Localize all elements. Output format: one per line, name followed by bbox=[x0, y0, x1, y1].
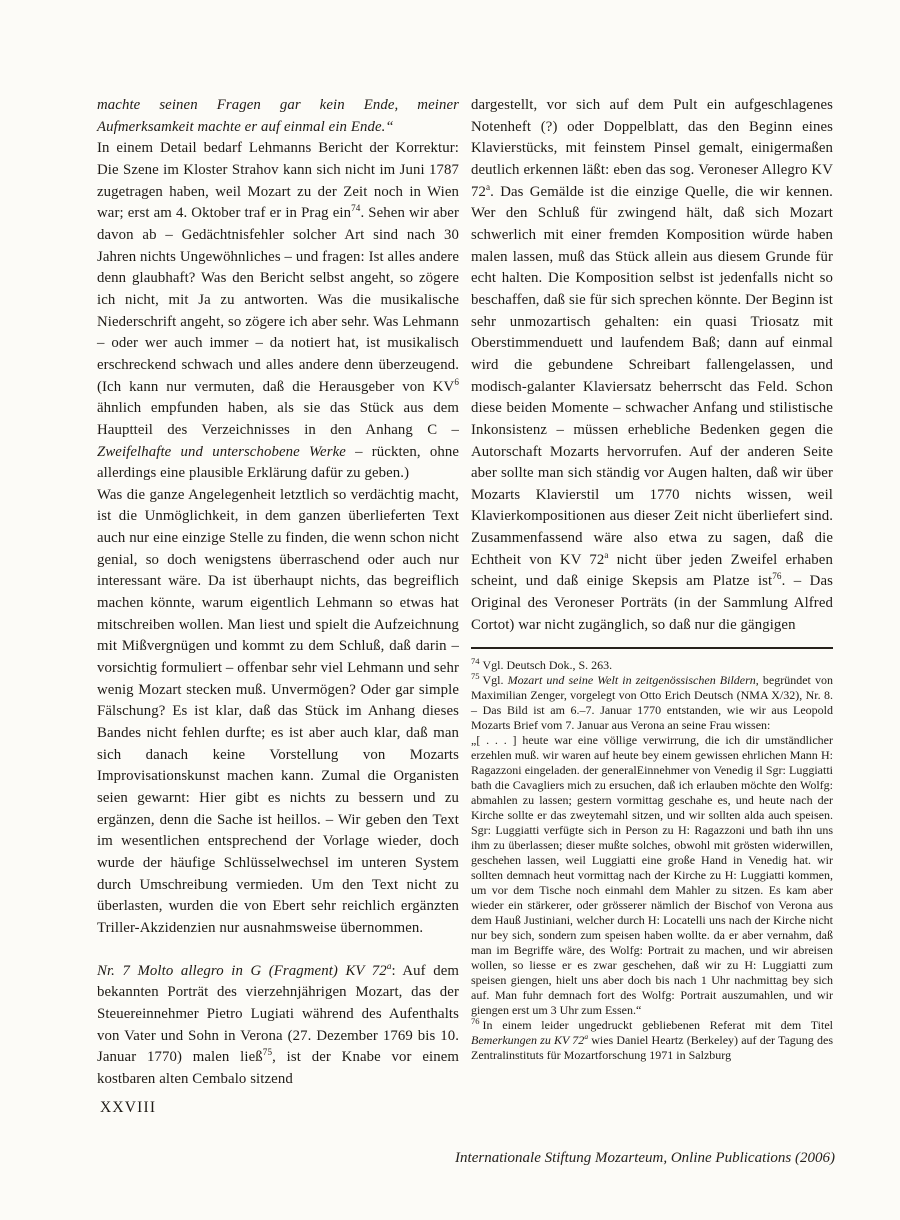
footnote-ref-76: 76 bbox=[772, 572, 781, 582]
quote-end-text: machte seinen Fragen gar kein Ende, mein… bbox=[97, 97, 459, 135]
footnote-75: 75Vgl. Mozart und seine Welt in zeitgenö… bbox=[471, 673, 833, 733]
footnote-74: 74Vgl. Deutsch Dok., S. 263. bbox=[471, 658, 833, 673]
footnote-text: Vgl. bbox=[483, 673, 508, 687]
koechel-edition-superscript: 6 bbox=[454, 377, 459, 387]
page-number: XXVIII bbox=[100, 1099, 156, 1117]
footnote-74-marker: 74 bbox=[471, 656, 480, 666]
body-text: . Das Gemälde ist die einzige Quelle, di… bbox=[471, 184, 833, 568]
leopold-letter-quote: „[ . . . ] heute war eine völlige verwir… bbox=[471, 733, 833, 1017]
left-column: machte seinen Fragen gar kein Ende, mein… bbox=[97, 95, 459, 1091]
footnote-ref-75: 75 bbox=[263, 1047, 272, 1057]
paragraph-verdacht: Was die ganze Angelegenheit letztlich so… bbox=[97, 485, 459, 940]
footnote-text: Vgl. Deutsch Dok., S. 263. bbox=[483, 658, 613, 672]
paragraph-korrektur: In einem Detail bedarf Lehmanns Bericht … bbox=[97, 138, 459, 485]
footnote-75-letter-quote: „[ . . . ] heute war eine völlige verwir… bbox=[471, 733, 833, 1018]
footnote-76: 76In einem leider ungedruckt gebliebenen… bbox=[471, 1018, 833, 1063]
scanned-document-page: machte seinen Fragen gar kein Ende, mein… bbox=[0, 0, 900, 1220]
piece-heading-italic: Nr. 7 Molto allegro in G (Fragment) KV 7… bbox=[97, 963, 387, 979]
continuation-paragraph: dargestellt, vor sich auf dem Pult ein a… bbox=[471, 95, 833, 636]
heartz-referat-title: Bemerkungen zu KV 72 bbox=[471, 1033, 584, 1047]
anhang-c-title: Zweifelhafte und unterschobene Werke bbox=[97, 444, 346, 460]
quote-end-paragraph: machte seinen Fragen gar kein Ende, mein… bbox=[97, 95, 459, 138]
footer-credit: Internationale Stiftung Mozarteum, Onlin… bbox=[0, 1150, 835, 1167]
footnote-divider bbox=[471, 647, 833, 649]
footnote-76-marker: 76 bbox=[471, 1016, 480, 1026]
right-column: dargestellt, vor sich auf dem Pult ein a… bbox=[471, 95, 833, 1063]
body-text: Was die ganze Angelegenheit letztlich so… bbox=[97, 487, 459, 936]
footnote-text: In einem leider ungedruckt gebliebenen R… bbox=[483, 1018, 834, 1032]
paragraph-gap bbox=[97, 940, 459, 961]
paragraph-nr7-kv72a: Nr. 7 Molto allegro in G (Fragment) KV 7… bbox=[97, 961, 459, 1091]
footnote-75-marker: 75 bbox=[471, 671, 480, 681]
footnotes-section: 74Vgl. Deutsch Dok., S. 263. 75Vgl. Moza… bbox=[471, 658, 833, 1063]
zenger-book-title: Mozart und seine Welt in zeitgenössische… bbox=[508, 673, 756, 687]
body-text: . Sehen wir aber davon ab – Gedächtnisfe… bbox=[97, 205, 459, 394]
body-text: ähnlich empfunden haben, als sie das Stü… bbox=[97, 400, 459, 438]
